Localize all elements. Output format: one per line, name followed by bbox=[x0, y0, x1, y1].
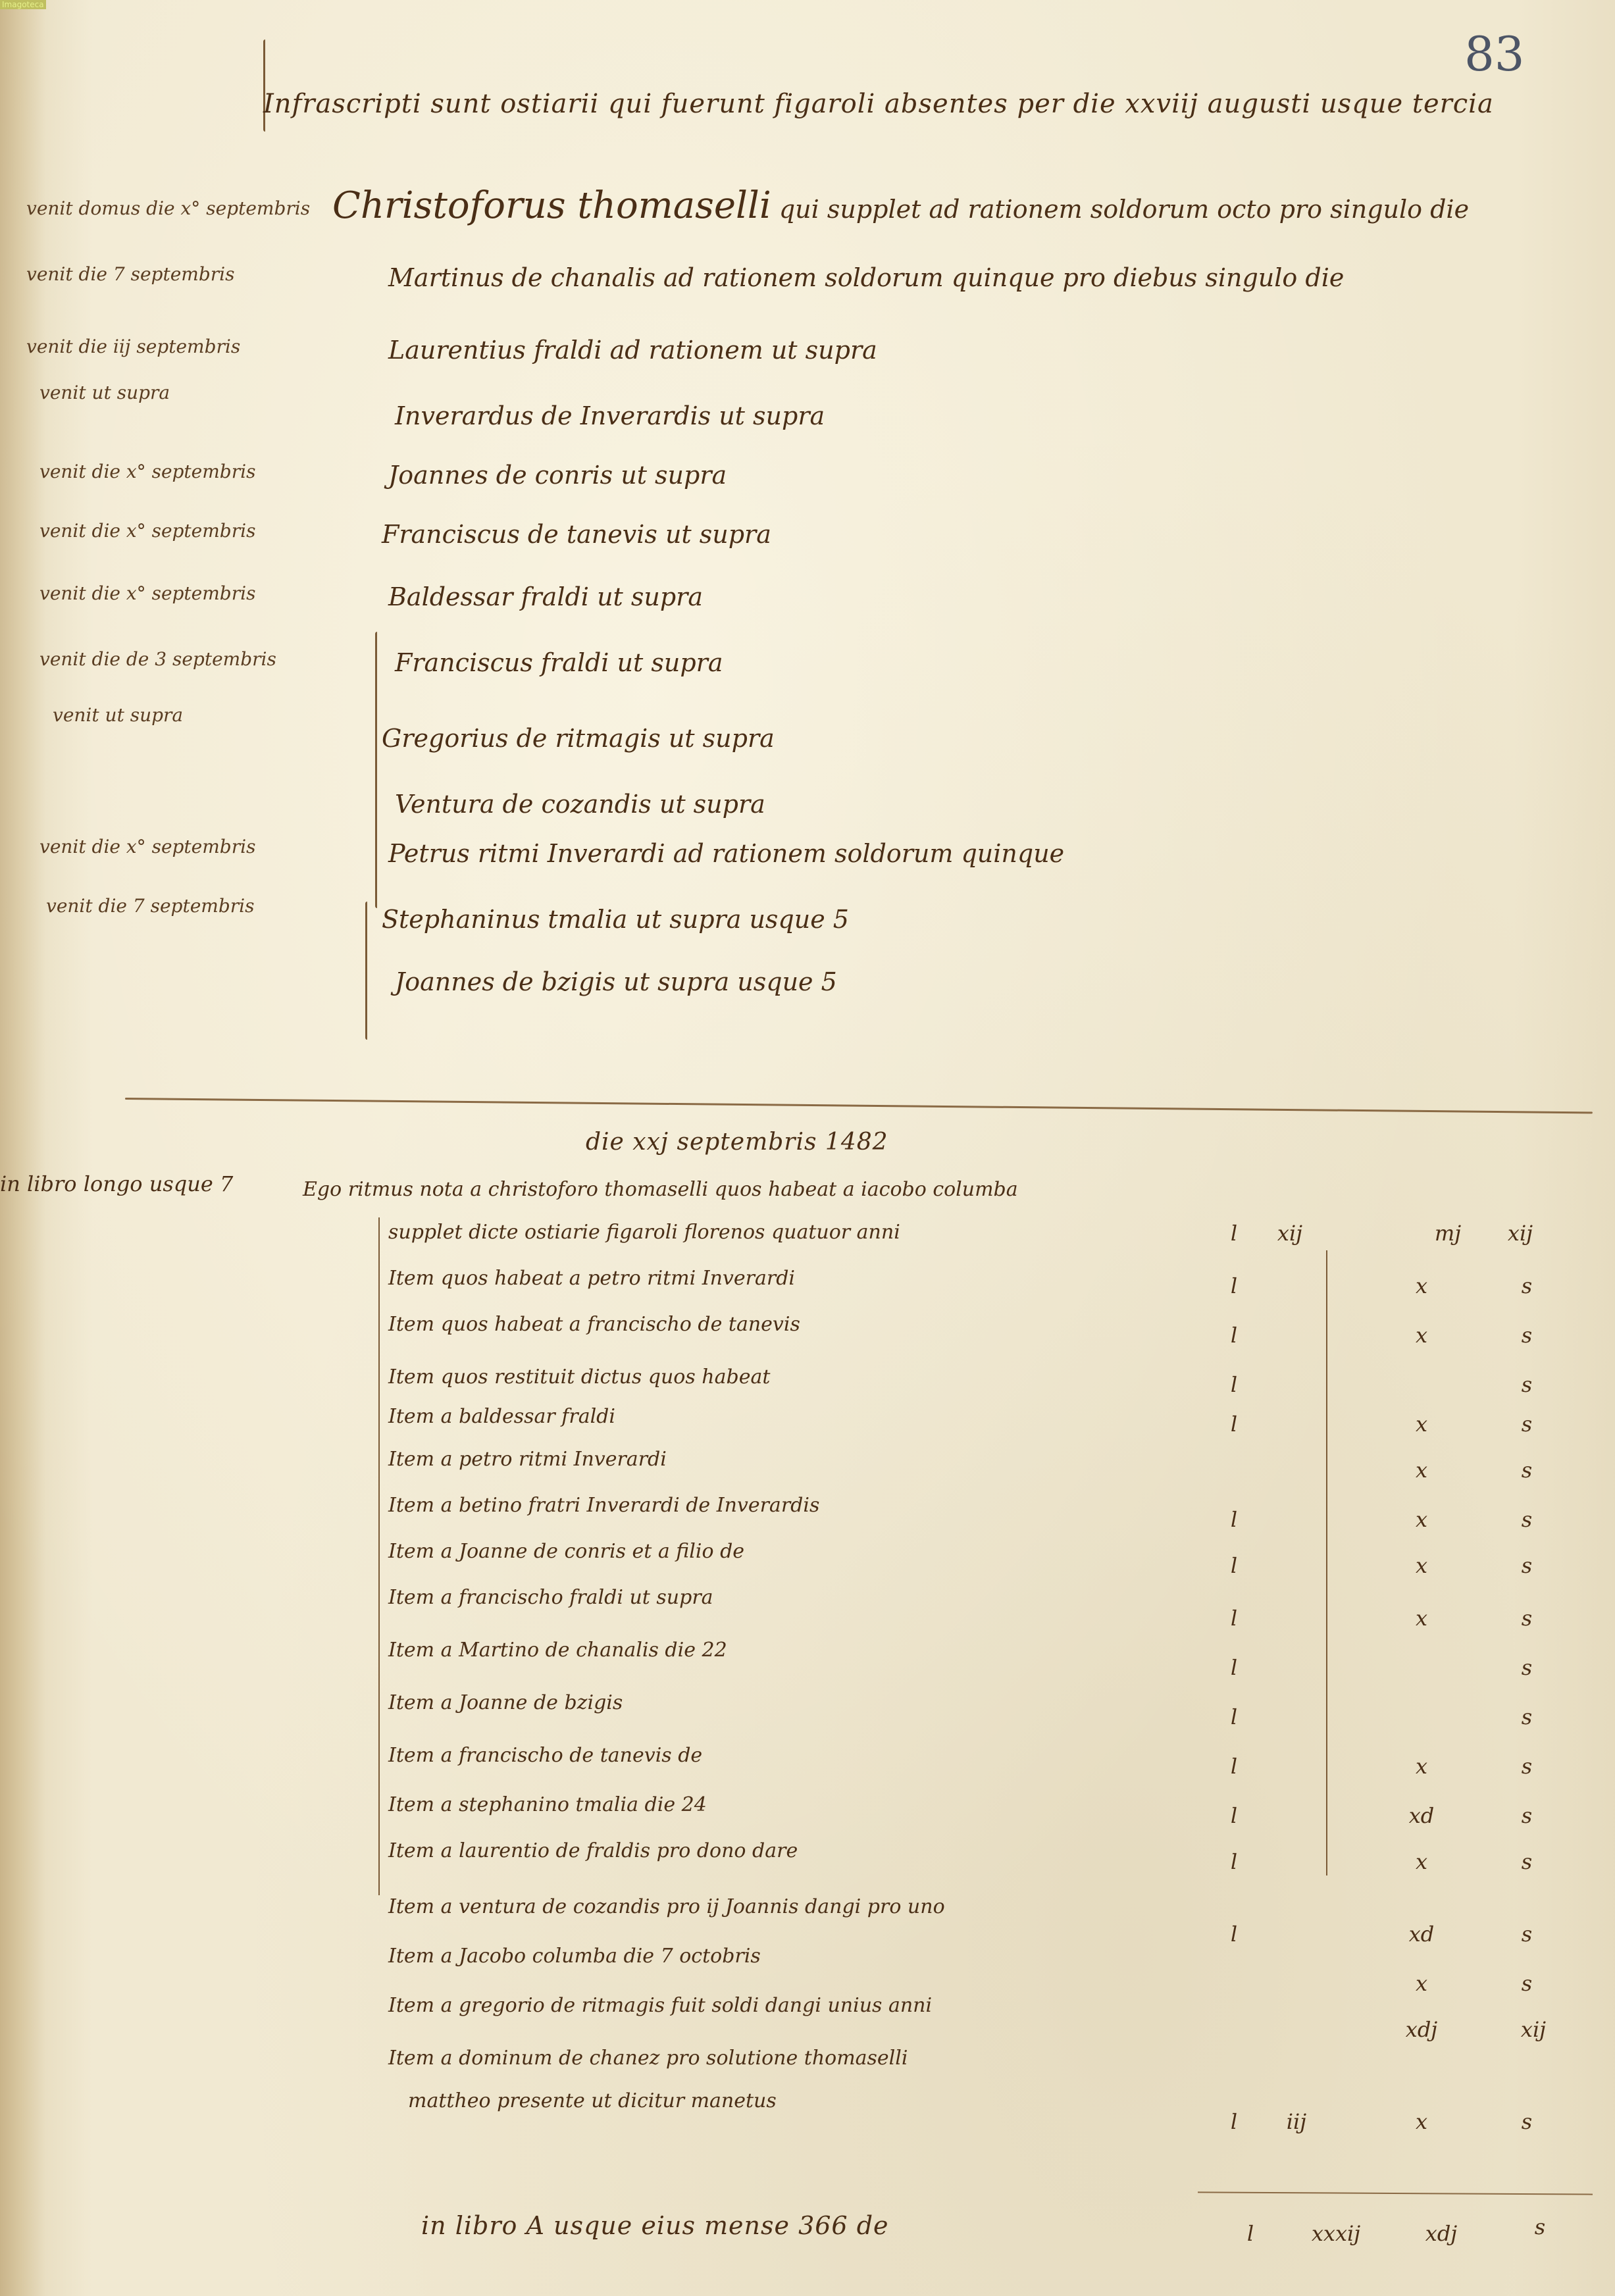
ledger-amount-col4: x bbox=[1402, 1507, 1441, 1532]
ledger-amount-col5: s bbox=[1507, 1553, 1547, 1578]
roster-name: Martinus de chanalis bbox=[388, 263, 655, 292]
roster-margin-note: venit die 7 septembris bbox=[46, 895, 254, 917]
roster-margin-note: venit ut supra bbox=[53, 704, 183, 726]
section-date-heading: die xxj septembris 1482 bbox=[586, 1129, 888, 1156]
roster-detail: ut supra bbox=[669, 724, 775, 753]
ledger-entry: Item a baldessar fraldi bbox=[388, 1405, 615, 1428]
roster-margin-note: venit ut supra bbox=[39, 382, 170, 403]
roster-entry: Franciscus de tanevis ut supra bbox=[382, 520, 771, 549]
ledger-amount-col5: xij bbox=[1500, 1221, 1540, 1246]
ledger-amount-col5: s bbox=[1507, 1606, 1547, 1631]
roster-entry: Joannes de conris ut supra bbox=[388, 461, 727, 490]
roster-detail: qui supplet ad rationem soldorum octo pr… bbox=[779, 195, 1469, 224]
roster-entry: Baldessar fraldi ut supra bbox=[388, 582, 703, 611]
roster-detail: ut supra bbox=[665, 520, 771, 549]
total-amount-col4: xdj bbox=[1422, 2221, 1461, 2246]
ledger-amount-libre: l bbox=[1214, 1704, 1254, 1729]
ledger-amount-col5: s bbox=[1507, 1273, 1547, 1298]
ledger-amount-col4: xdj bbox=[1402, 2017, 1441, 2042]
page-heading: Infrascripti sunt ostiarii qui fuerunt f… bbox=[263, 89, 1494, 119]
roster-detail: ut supra usque 5 bbox=[635, 905, 849, 934]
total-label: in libro A usque eius mense 366 de bbox=[421, 2211, 889, 2240]
roster-entry: Joannes de bzigis ut supra usque 5 bbox=[395, 967, 837, 996]
roster-detail: ut supra usque 5 bbox=[623, 967, 837, 996]
ledger-amount-libre: l bbox=[1214, 1922, 1254, 1947]
roster-name: Stephaninus tmalia bbox=[382, 905, 627, 934]
ledger-entry: supplet dicte ostiarie figaroli florenos… bbox=[388, 1221, 900, 1244]
roster-margin-note: venit die de 3 septembris bbox=[39, 648, 276, 670]
roster-name: Baldessar fraldi bbox=[388, 582, 589, 611]
ledger-entry: Item a betino fratri Inverardi de Invera… bbox=[388, 1494, 819, 1517]
ledger-amount-col4: x bbox=[1402, 1553, 1441, 1578]
manuscript-page: Imagoteca 83 Infrascripti sunt ostiarii … bbox=[0, 0, 1615, 2296]
ledger-amount-libre: l bbox=[1214, 1655, 1254, 1680]
roster-name: Petrus ritmi Inverardi bbox=[388, 839, 665, 868]
roster-detail: ut supra bbox=[719, 401, 825, 430]
ledger-amount-col5: s bbox=[1507, 1412, 1547, 1437]
section-divider-rule bbox=[125, 1098, 1593, 1113]
roster-name: Gregorius de ritmagis bbox=[382, 724, 661, 753]
ledger-amount-col4: x bbox=[1402, 1273, 1441, 1298]
ledger-amount-col5: s bbox=[1507, 1704, 1547, 1729]
ledger-amount-col5: s bbox=[1507, 1803, 1547, 1828]
ledger-amount-libre: l bbox=[1214, 1606, 1254, 1631]
ledger-entry: Item a ventura de cozandis pro ij Joanni… bbox=[388, 1895, 945, 1918]
roster-name: Laurentius fraldi bbox=[388, 336, 602, 365]
total-amount-soldi: xxxij bbox=[1296, 2221, 1375, 2246]
ledger-entry: Ego ritmus nota a christoforo thomaselli… bbox=[303, 1178, 1018, 1201]
ledger-amount-col5: s bbox=[1507, 1754, 1547, 1779]
roster-name: Joannes de conris bbox=[388, 461, 613, 490]
ledger-amount-col5: s bbox=[1507, 1655, 1547, 1680]
ledger-amount-libre: l bbox=[1214, 1849, 1254, 1874]
corner-watermark: Imagoteca bbox=[0, 0, 46, 9]
ledger-amount-col4: mj bbox=[1428, 1221, 1468, 1246]
total-rule bbox=[1198, 2191, 1593, 2195]
ledger-entry: Item quos restituit dictus quos habeat bbox=[388, 1365, 770, 1389]
ledger-amount-libre: l bbox=[1214, 1323, 1254, 1348]
ledger-amount-col4: x bbox=[1402, 1971, 1441, 1996]
ledger-entry: Item a gregorio de ritmagis fuit soldi d… bbox=[388, 1994, 932, 2017]
roster-margin-note: venit die x° septembris bbox=[39, 520, 255, 542]
roster-name: Christoforus thomaselli bbox=[332, 184, 771, 227]
roster-name: Ventura de cozandis bbox=[395, 790, 652, 819]
ledger-amount-col5: s bbox=[1507, 1922, 1547, 1947]
ledger-amount-col5: s bbox=[1507, 1323, 1547, 1348]
roster-margin-note: venit die x° septembris bbox=[39, 836, 255, 857]
ledger-amount-libre: l bbox=[1214, 1412, 1254, 1437]
roster-entry: Petrus ritmi Inverardi ad rationem soldo… bbox=[388, 839, 1064, 868]
ledger-entry: Item a petro ritmi Inverardi bbox=[388, 1448, 667, 1471]
ledger-amount-libre: l bbox=[1214, 1553, 1254, 1578]
ledger-amount-col5: s bbox=[1507, 1458, 1547, 1483]
ledger-left-note: in libro longo usque 7 bbox=[0, 1171, 233, 1196]
ledger-amount-libre: l bbox=[1214, 1221, 1254, 1246]
roster-entry: Stephaninus tmalia ut supra usque 5 bbox=[382, 905, 849, 934]
ledger-amount-soldi: iij bbox=[1277, 2109, 1316, 2134]
roster-margin-note: venit domus die x° septembris bbox=[26, 197, 310, 219]
roster-detail: ut supra bbox=[659, 790, 765, 819]
roster-entry: Franciscus fraldi ut supra bbox=[395, 648, 723, 677]
ledger-amount-libre: l bbox=[1214, 1803, 1254, 1828]
total-amount-col5: s bbox=[1520, 2214, 1560, 2239]
roster-margin-note: venit die iij septembris bbox=[26, 336, 240, 357]
ledger-amount-libre: l bbox=[1214, 1507, 1254, 1532]
total-amount-libre: l bbox=[1231, 2221, 1270, 2246]
ledger-entry: mattheo presente ut dicitur manetus bbox=[408, 2089, 777, 2112]
roster-detail: ut supra bbox=[617, 648, 723, 677]
ledger-entry: Item a Joanne de conris et a filio de bbox=[388, 1540, 744, 1563]
roster-detail: ad rationem soldorum quinque bbox=[673, 839, 1064, 868]
ledger-entry: Item a Jacobo columba die 7 octobris bbox=[388, 1945, 761, 1968]
ledger-entry: Item a Joanne de bzigis bbox=[388, 1691, 623, 1714]
ledger-entry: Item a stephanino tmalia die 24 bbox=[388, 1793, 707, 1816]
ledger-amount-libre: l bbox=[1214, 2109, 1254, 2134]
ledger-entry: Item a francischo fraldi ut supra bbox=[388, 1586, 713, 1609]
ledger-amount-col5: s bbox=[1507, 1971, 1547, 1996]
ledger-entry: Item a laurentio de fraldis pro dono dar… bbox=[388, 1839, 798, 1862]
roster-entry: Ventura de cozandis ut supra bbox=[395, 790, 765, 819]
roster-margin-note: venit die 7 septembris bbox=[26, 263, 234, 285]
ledger-entry: Item quos habeat a petro ritmi Inverardi bbox=[388, 1267, 795, 1290]
ledger-entry: Item a Martino de chanalis die 22 bbox=[388, 1639, 727, 1662]
ledger-amount-col4: x bbox=[1402, 2109, 1441, 2134]
ledger-entry: Item a dominum de chanez pro solutione t… bbox=[388, 2047, 908, 2070]
roster-detail: ad rationem ut supra bbox=[610, 336, 877, 365]
ledger-amount-col4: x bbox=[1402, 1412, 1441, 1437]
roster-name: Joannes de bzigis bbox=[395, 967, 615, 996]
ledger-column-rule bbox=[1326, 1250, 1327, 1875]
roster-entry: Inverardus de Inverardis ut supra bbox=[395, 401, 825, 430]
folio-number: 83 bbox=[1464, 26, 1525, 82]
roster-detail: ut supra bbox=[597, 582, 703, 611]
ledger-left-rule bbox=[378, 1217, 380, 1895]
ledger-entry: Item quos habeat a francischo de tanevis bbox=[388, 1313, 800, 1336]
roster-entry: Christoforus thomaselli qui supplet ad r… bbox=[332, 184, 1469, 227]
roster-name: Franciscus de tanevis bbox=[382, 520, 657, 549]
roster-name: Inverardus de Inverardis bbox=[395, 401, 711, 430]
ledger-amount-col4: x bbox=[1402, 1323, 1441, 1348]
ledger-amount-col4: x bbox=[1402, 1849, 1441, 1874]
roster-entry: Gregorius de ritmagis ut supra bbox=[382, 724, 775, 753]
ledger-amount-col5: s bbox=[1507, 2109, 1547, 2134]
roster-margin-note: venit die x° septembris bbox=[39, 461, 255, 482]
roster-detail: ut supra bbox=[621, 461, 727, 490]
ledger-amount-col4: x bbox=[1402, 1606, 1441, 1631]
roster-margin-note: venit die x° septembris bbox=[39, 582, 255, 604]
ledger-amount-col5: xij bbox=[1514, 2017, 1553, 2042]
roster-detail: ad rationem soldorum quinque pro diebus … bbox=[663, 263, 1344, 292]
group-bracket bbox=[365, 902, 367, 1040]
ledger-amount-libre: l bbox=[1214, 1754, 1254, 1779]
ledger-entry: Item a francischo de tanevis de bbox=[388, 1744, 702, 1767]
ledger-amount-col4: x bbox=[1402, 1754, 1441, 1779]
roster-name: Franciscus fraldi bbox=[395, 648, 609, 677]
group-bracket bbox=[375, 632, 377, 908]
ledger-amount-col4: xd bbox=[1402, 1922, 1441, 1947]
roster-entry: Laurentius fraldi ad rationem ut supra bbox=[388, 336, 877, 365]
ledger-amount-col5: s bbox=[1507, 1507, 1547, 1532]
ledger-amount-col5: s bbox=[1507, 1849, 1547, 1874]
ledger-amount-col4: xd bbox=[1402, 1803, 1441, 1828]
ledger-amount-libre: l bbox=[1214, 1273, 1254, 1298]
ledger-amount-col5: s bbox=[1507, 1372, 1547, 1397]
ledger-amount-col4: x bbox=[1402, 1458, 1441, 1483]
ledger-amount-libre: l bbox=[1214, 1372, 1254, 1397]
roster-entry: Martinus de chanalis ad rationem soldoru… bbox=[388, 263, 1344, 292]
ledger-amount-soldi: xij bbox=[1270, 1221, 1310, 1246]
